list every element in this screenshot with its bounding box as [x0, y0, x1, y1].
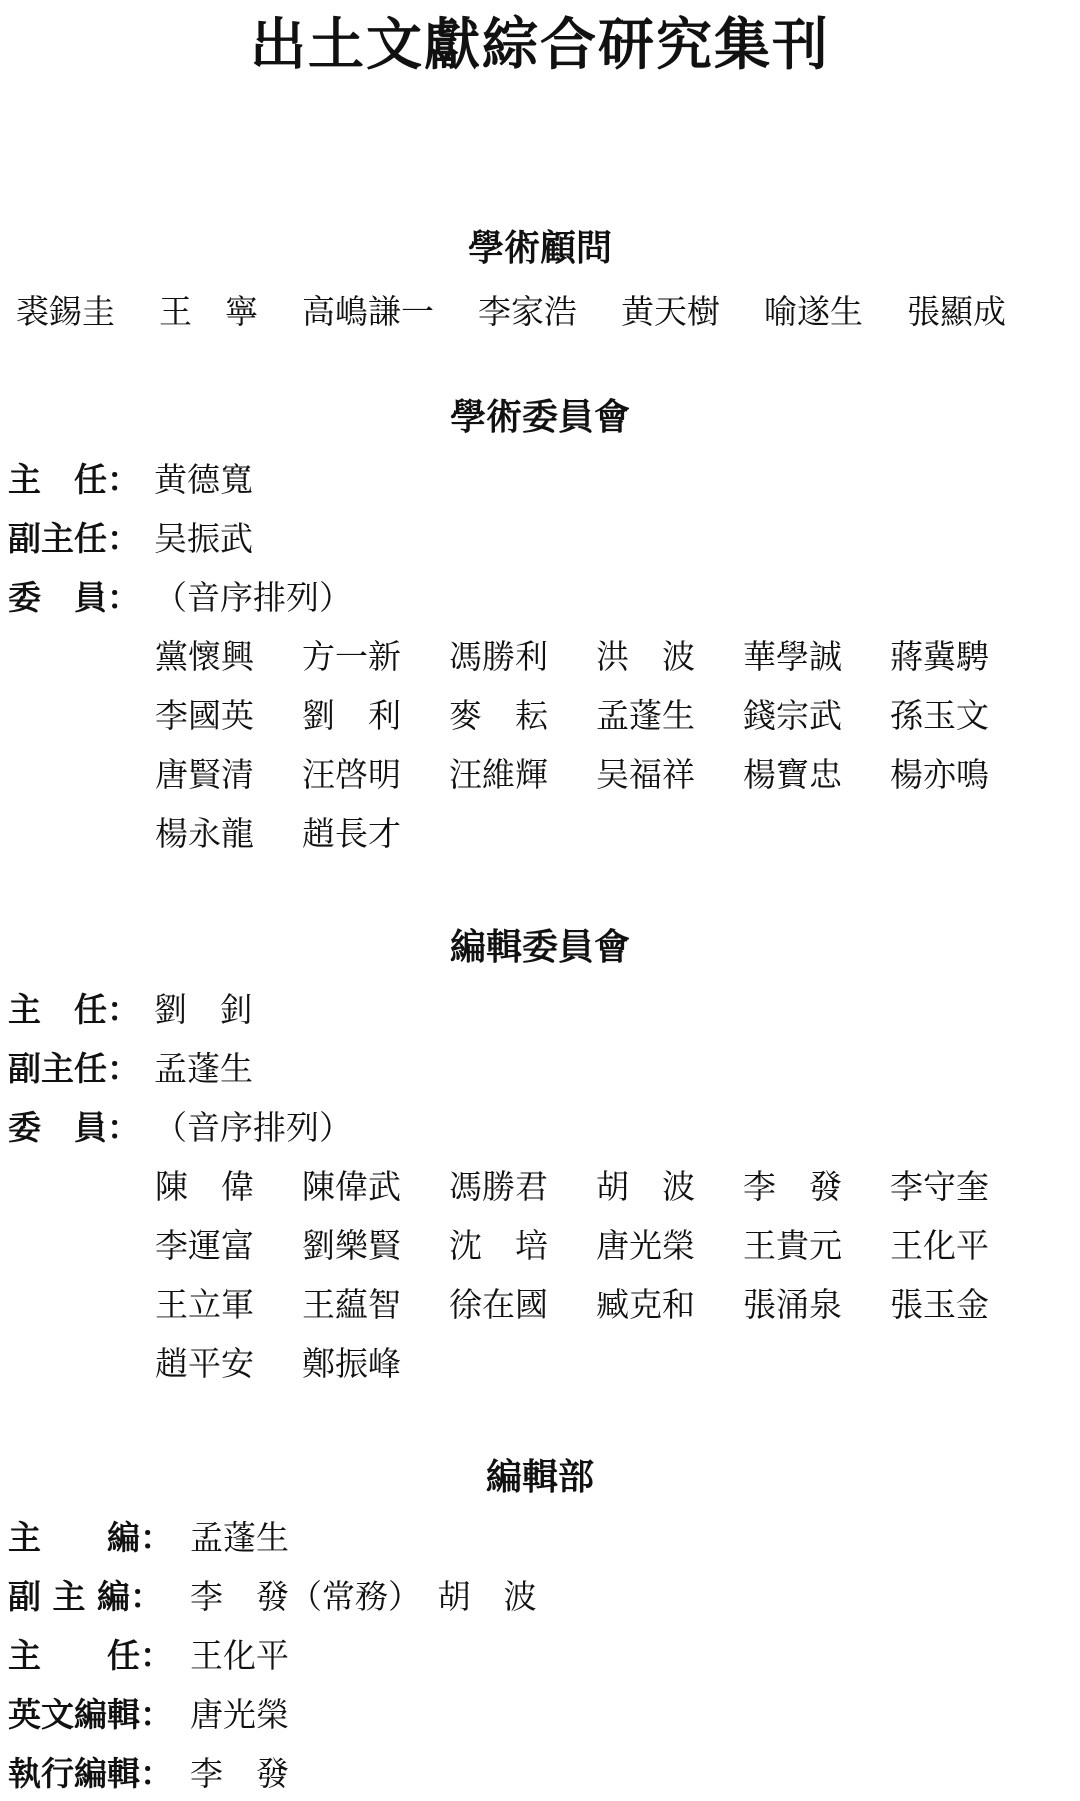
advisor-name: 裘錫圭	[16, 290, 115, 334]
office-row-editor-in-chief: 主 編： 孟蓬生	[8, 1516, 289, 1560]
member-name: 孟蓬生	[596, 694, 743, 738]
member-name: 李 發	[743, 1165, 890, 1209]
member-name: 王立軍	[155, 1283, 302, 1327]
member-name: 李國英	[155, 694, 302, 738]
member-name: 黨懷興	[155, 635, 302, 679]
members-label: 委 員：	[8, 576, 154, 620]
page-title: 出土文獻綜合研究集刊	[0, 10, 1080, 80]
advisor-name: 黄天樹	[621, 290, 720, 334]
member-name: 唐賢清	[155, 753, 302, 797]
office-label: 英文編輯：	[8, 1693, 190, 1737]
advisor-name: 張顯成	[907, 290, 1006, 334]
director-label: 主 任：	[8, 988, 154, 1032]
academic-members-row: 委 員： （音序排列）	[8, 576, 352, 620]
member-name: 劉樂賢	[302, 1224, 449, 1268]
office-label: 主 任：	[8, 1634, 190, 1678]
member-name: 胡 波	[596, 1165, 743, 1209]
member-name: 華學誠	[743, 635, 890, 679]
deputy-label: 副主任：	[8, 517, 154, 561]
office-value: 唐光榮	[190, 1693, 289, 1737]
editorial-director-row: 主 任： 劉 釗	[8, 988, 253, 1032]
office-value: 李 發（常務） 胡 波	[190, 1575, 537, 1619]
member-name: 李運富	[155, 1224, 302, 1268]
heading-academic-advisors: 學術顧問	[0, 226, 1080, 270]
member-name: 李守奎	[890, 1165, 1037, 1209]
members-label: 委 員：	[8, 1106, 154, 1150]
academic-director-row: 主 任： 黄德寬	[8, 458, 253, 502]
member-name: 錢宗武	[743, 694, 890, 738]
member-name: 趙平安	[155, 1342, 302, 1386]
member-name: 鄭振峰	[302, 1342, 449, 1386]
member-name: 馮勝君	[449, 1165, 596, 1209]
member-name: 洪 波	[596, 635, 743, 679]
member-name: 唐光榮	[596, 1224, 743, 1268]
members-note: （音序排列）	[154, 1106, 352, 1150]
editorial-members-row: 委 員： （音序排列）	[8, 1106, 352, 1150]
member-name: 王貴元	[743, 1224, 890, 1268]
member-name: 麥 耘	[449, 694, 596, 738]
director-name: 黄德寬	[154, 458, 253, 502]
member-name: 楊寶忠	[743, 753, 890, 797]
office-label: 主 編：	[8, 1516, 190, 1560]
office-row-english-editor: 英文編輯： 唐光榮	[8, 1693, 289, 1737]
office-row-director: 主 任： 王化平	[8, 1634, 289, 1678]
deputy-label: 副主任：	[8, 1047, 154, 1091]
member-name: 楊永龍	[155, 812, 302, 856]
member-name: 趙長才	[302, 812, 449, 856]
member-name: 陳 偉	[155, 1165, 302, 1209]
member-name: 劉 利	[302, 694, 449, 738]
deputy-name: 吴振武	[154, 517, 253, 561]
member-name: 王藴智	[302, 1283, 449, 1327]
member-name: 汪啓明	[302, 753, 449, 797]
office-row-deputy-editor: 副 主 編： 李 發（常務） 胡 波	[8, 1575, 537, 1619]
member-name: 張涌泉	[743, 1283, 890, 1327]
heading-editorial-committee: 編輯委員會	[0, 926, 1080, 970]
member-name: 蔣冀騁	[890, 635, 1037, 679]
deputy-name: 孟蓬生	[154, 1047, 253, 1091]
director-label: 主 任：	[8, 458, 154, 502]
member-name: 馮勝利	[449, 635, 596, 679]
member-name: 陳偉武	[302, 1165, 449, 1209]
office-row-executive-editor: 執行編輯： 李 發	[8, 1752, 289, 1796]
advisor-name: 高嶋謙一	[302, 290, 434, 334]
advisor-name: 李家浩	[478, 290, 577, 334]
editorial-deputy-row: 副主任： 孟蓬生	[8, 1047, 253, 1091]
office-value: 孟蓬生	[190, 1516, 289, 1560]
member-name: 方一新	[302, 635, 449, 679]
academic-members-grid: 黨懷興 方一新 馮勝利 洪 波 華學誠 蔣冀騁 李國英 劉 利 麥 耘 孟蓬生 …	[155, 635, 1055, 856]
member-name: 沈 培	[449, 1224, 596, 1268]
editorial-members-grid: 陳 偉 陳偉武 馮勝君 胡 波 李 發 李守奎 李運富 劉樂賢 沈 培 唐光榮 …	[155, 1165, 1055, 1386]
director-name: 劉 釗	[154, 988, 253, 1032]
advisor-name: 喻遂生	[764, 290, 863, 334]
member-name: 汪維輝	[449, 753, 596, 797]
member-name: 楊亦鳴	[890, 753, 1037, 797]
heading-academic-committee: 學術委員會	[0, 396, 1080, 440]
heading-editorial-office: 編輯部	[0, 1456, 1080, 1500]
academic-deputy-row: 副主任： 吴振武	[8, 517, 253, 561]
office-value: 李 發	[190, 1752, 289, 1796]
member-name: 孫玉文	[890, 694, 1037, 738]
member-name: 徐在國	[449, 1283, 596, 1327]
members-note: （音序排列）	[154, 576, 352, 620]
member-name: 張玉金	[890, 1283, 1037, 1327]
advisor-name: 王 寧	[159, 290, 258, 334]
office-label: 副 主 編：	[8, 1575, 190, 1619]
office-value: 王化平	[190, 1634, 289, 1678]
member-name: 吴福祥	[596, 753, 743, 797]
office-label: 執行編輯：	[8, 1752, 190, 1796]
member-name: 臧克和	[596, 1283, 743, 1327]
advisors-list: 裘錫圭王 寧高嶋謙一李家浩黄天樹喻遂生張顯成	[16, 290, 1076, 334]
member-name: 王化平	[890, 1224, 1037, 1268]
